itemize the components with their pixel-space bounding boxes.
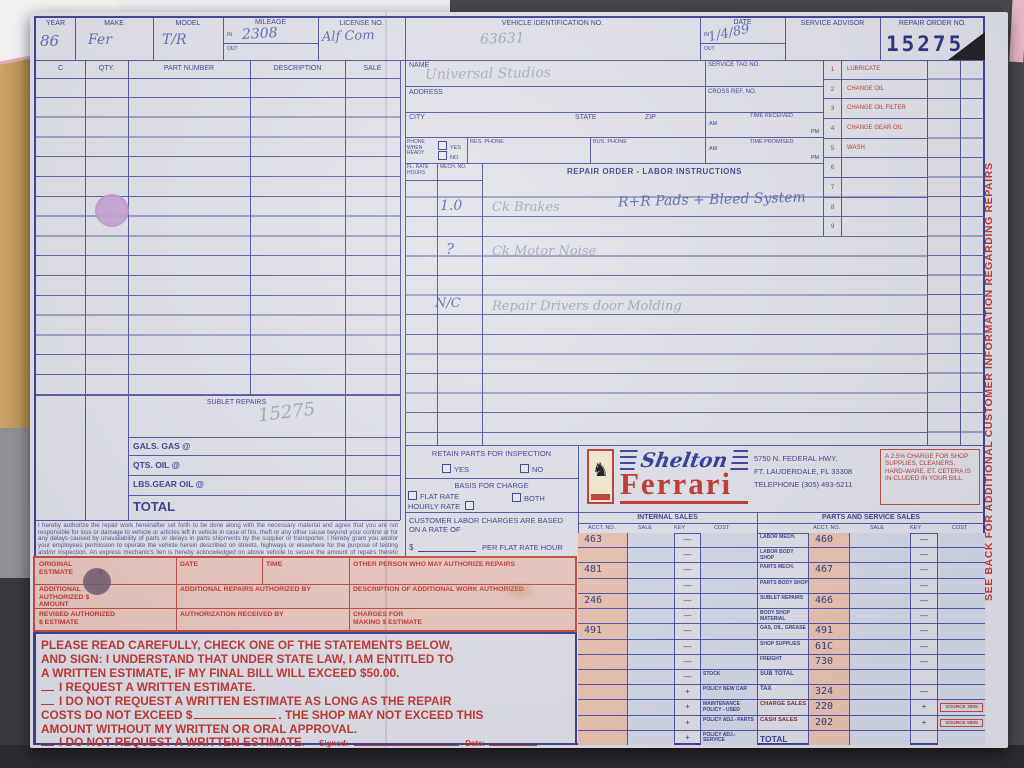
rule-line bbox=[578, 523, 985, 524]
rule-line bbox=[176, 558, 177, 630]
time-received-label: TIME RECEIVED bbox=[720, 113, 823, 119]
dealer-address-1: 5750 N. FEDERAL HWY. bbox=[754, 454, 837, 463]
table-row: 463— bbox=[578, 533, 757, 547]
parts-acct-header: ACCT. NO. bbox=[813, 525, 840, 531]
labor-rate-text: CUSTOMER LABOR CHARGES ARE BASED ON A RA… bbox=[409, 517, 569, 534]
per-flat-rate-hour-label: PER FLAT RATE HOUR bbox=[482, 543, 563, 552]
surcharge-notice: A 2.5% CHARGE FOR SHOP SUPPLIES, CLEANER… bbox=[880, 449, 980, 505]
rate-blank[interactable] bbox=[418, 551, 476, 552]
parts-ruled-rows bbox=[36, 78, 400, 395]
side-note-vertical-text: SEE BACK FOR ADDITIONAL CUSTOMER INFORMA… bbox=[983, 117, 1005, 647]
table-row: +POLICY ADJ.- SERVICE bbox=[578, 730, 757, 745]
am-label: AM bbox=[709, 146, 717, 152]
col-qty: QTY. bbox=[85, 65, 128, 72]
internal-sales-title: INTERNAL SALES bbox=[578, 514, 757, 521]
additional-by-label: ADDITIONAL REPAIRS AUTHORIZED BY bbox=[180, 586, 345, 594]
estimate-date-label: DATE bbox=[180, 561, 198, 569]
rule-line bbox=[128, 495, 400, 496]
statement-option-3: I DO NOT REQUEST A WRITTEN ESTIMATE.Sign… bbox=[41, 735, 537, 749]
repair-order-label: REPAIR ORDER NO. bbox=[880, 20, 985, 27]
statements-box: PLEASE READ CAREFULLY, CHECK ONE OF THE … bbox=[33, 632, 577, 745]
rule-line bbox=[36, 520, 400, 521]
bus-phone-label: BUS. PHONE bbox=[593, 139, 627, 145]
service-row: 1LUBRICATE bbox=[824, 60, 927, 79]
table-row: PARTS MECH.467— bbox=[758, 562, 985, 577]
check-blank[interactable] bbox=[41, 736, 54, 746]
rate-dollar-sign: $ bbox=[409, 543, 413, 552]
vin-value: 63631 bbox=[480, 30, 525, 48]
col-description: DESCRIPTION bbox=[250, 65, 345, 72]
internal-key-header: KEY bbox=[674, 525, 685, 531]
license-value: Alf Com bbox=[322, 28, 375, 45]
statement-option-2c: AMOUNT WITHOUT MY WRITTEN OR ORAL APPROV… bbox=[41, 722, 357, 736]
name-value: Universal Studios bbox=[425, 65, 551, 83]
gals-gas-label: GALS. GAS @ bbox=[133, 441, 190, 451]
table-row: GAS, OIL, GREASE491— bbox=[758, 623, 985, 638]
hourly-rate-checkbox[interactable] bbox=[465, 501, 474, 510]
city-label: CITY bbox=[409, 114, 425, 121]
rule-line bbox=[128, 475, 400, 476]
table-row: — bbox=[578, 578, 757, 593]
col-sale: SALE bbox=[345, 65, 400, 72]
source-box: SOURCE 5905 bbox=[940, 719, 983, 727]
table-row: +POLICY ADJ.- PARTS bbox=[578, 715, 757, 730]
table-row: FREIGHT730— bbox=[758, 654, 985, 669]
date-out-label: OUT bbox=[704, 46, 715, 52]
state-label: STATE bbox=[575, 114, 597, 121]
ferrari-badge-icon: ♞ bbox=[587, 449, 614, 504]
table-row: 491— bbox=[578, 623, 757, 638]
retain-no-option[interactable]: NO bbox=[520, 464, 543, 474]
flat-rate-hours-label: FL. RATE HOURS bbox=[407, 165, 435, 176]
labor-hours-3: N/C bbox=[435, 296, 461, 311]
rule-line bbox=[405, 512, 985, 513]
mileage-out-label: OUT bbox=[227, 46, 238, 52]
statement-line: AND SIGN: I UNDERSTAND THAT UNDER STATE … bbox=[41, 652, 454, 666]
statement-line: PLEASE READ CAREFULLY, CHECK ONE OF THE … bbox=[41, 638, 452, 652]
res-phone-label: RES. PHONE bbox=[470, 139, 504, 145]
table-row: LABOR BODY SHOP— bbox=[758, 547, 985, 562]
table-row: 481— bbox=[578, 562, 757, 577]
col-c: C bbox=[36, 65, 85, 72]
parts-service-sales-table: LABOR MECH.460— LABOR BODY SHOP— PARTS M… bbox=[758, 533, 985, 745]
statement-option-2: I DO NOT REQUEST A WRITTEN ESTIMATE AS L… bbox=[41, 694, 451, 708]
ferrari-underline bbox=[620, 501, 748, 504]
rule-line bbox=[405, 86, 823, 87]
year-label: YEAR bbox=[36, 20, 75, 27]
time-promised-label: TIME PROMISED bbox=[720, 139, 823, 145]
service-row: 2CHANGE OIL bbox=[824, 79, 927, 99]
table-row: — bbox=[578, 547, 757, 562]
table-row: — bbox=[578, 639, 757, 654]
table-row: SUB TOTAL bbox=[758, 669, 985, 684]
model-label: MODEL bbox=[153, 20, 223, 27]
parts-sale-header: SALE bbox=[870, 525, 884, 531]
authorization-received-label: AUTHORIZATION RECEIVED BY bbox=[180, 611, 345, 619]
table-row: SUBLET REPAIRS466— bbox=[758, 593, 985, 608]
table-row: +MAINTENANCE POLICY - USED bbox=[578, 699, 757, 714]
phone-yes-option[interactable]: YES bbox=[438, 141, 461, 151]
date-label: Date: bbox=[465, 739, 485, 748]
rule-line bbox=[128, 455, 400, 456]
photo-scene: YEAR MAKE MODEL MILEAGE IN OUT LICENSE N… bbox=[0, 0, 1024, 768]
yes-checkbox[interactable] bbox=[442, 464, 451, 473]
labor-pencil-2: Ck Motor Noise bbox=[492, 244, 596, 259]
rule-line bbox=[405, 478, 578, 479]
source-box: SOURCE 3905 bbox=[940, 703, 983, 711]
table-row: SHOP SUPPLIES61C— bbox=[758, 639, 985, 654]
rule-line bbox=[590, 137, 591, 163]
internal-sale-header: SALE bbox=[638, 525, 652, 531]
address-label: ADDRESS bbox=[409, 89, 443, 96]
internal-sales-table: 463— — 481— — 246— — 491— — — —STOCK +PO… bbox=[578, 533, 757, 745]
ferrari-wordmark: Ferrari bbox=[620, 468, 732, 500]
flat-rate-checkbox[interactable] bbox=[408, 491, 417, 500]
qts-oil-label: QTS. OIL @ bbox=[133, 460, 180, 470]
amount-blank[interactable] bbox=[194, 709, 276, 719]
both-checkbox[interactable] bbox=[512, 493, 521, 502]
prancing-horse-glyph: ♞ bbox=[592, 460, 609, 481]
mech-no-label: MECH. NO. bbox=[440, 165, 478, 171]
dark-desk-lower-left bbox=[0, 578, 30, 768]
year-value: 86 bbox=[40, 32, 59, 50]
both-option[interactable]: BOTH bbox=[512, 493, 545, 503]
parts-key-header: KEY bbox=[910, 525, 921, 531]
retain-yes-option[interactable]: YES bbox=[442, 464, 469, 474]
hole-punch bbox=[95, 194, 129, 227]
service-row: 4CHANGE GEAR OIL bbox=[824, 118, 927, 138]
rule-line bbox=[400, 60, 401, 520]
revised-estimate-label: REVISED AUTHORIZED $ ESTIMATE bbox=[39, 611, 119, 626]
service-tag-label: SERVICE TAG NO. bbox=[708, 62, 760, 68]
internal-acct-header: ACCT. NO. bbox=[588, 525, 615, 531]
basis-for-charge-title: BASIS FOR CHARGE bbox=[405, 481, 578, 490]
signed-label: Signed: bbox=[319, 739, 348, 748]
statement-line: A WRITTEN ESTIMATE, IF MY FINAL BILL WIL… bbox=[41, 666, 399, 680]
labor-instructions-title: REPAIR ORDER - LABOR INSTRUCTIONS bbox=[482, 167, 827, 176]
charges-making-label: CHARGES FOR MAKING $ ESTIMATE bbox=[353, 611, 428, 626]
table-row: TAX324— bbox=[758, 684, 985, 699]
check-blank[interactable] bbox=[41, 681, 54, 691]
col-part-number: PART NUMBER bbox=[128, 65, 250, 72]
labor-hours-2: ? bbox=[446, 240, 454, 258]
table-row: — bbox=[578, 608, 757, 623]
statement-option-2b: COSTS DO NOT EXCEED $. THE SHOP MAY NOT … bbox=[41, 708, 483, 722]
rule-line bbox=[349, 558, 350, 630]
hole-punch bbox=[83, 568, 111, 595]
service-row: 6 bbox=[824, 157, 927, 177]
estimate-box: ORIGINAL ESTIMATE $ DATE TIME OTHER PERS… bbox=[33, 556, 577, 632]
pink-copy-sliver bbox=[1009, 0, 1024, 62]
vin-label: VEHICLE IDENTIFICATION NO. bbox=[405, 20, 700, 27]
stain bbox=[505, 582, 535, 600]
retain-parts-title: RETAIN PARTS FOR INSPECTION bbox=[405, 449, 578, 458]
table-row: —STOCK bbox=[578, 669, 757, 684]
statement-option-1: I REQUEST A WRITTEN ESTIMATE. bbox=[41, 680, 256, 694]
table-row: LABOR MECH.460— bbox=[758, 533, 985, 547]
license-label: LICENSE NO. bbox=[318, 20, 405, 27]
yes-checkbox[interactable] bbox=[438, 141, 447, 150]
table-row: CASH SALES202+SOURCE 5905 bbox=[758, 715, 985, 730]
parts-cost-header: COST bbox=[952, 525, 967, 531]
dealer-address-2: FT. LAUDERDALE, FL 33308 bbox=[754, 467, 852, 476]
labor-pencil-3: Repair Drivers door Molding bbox=[492, 299, 682, 314]
flat-rate-option[interactable]: FLAT RATE bbox=[408, 491, 459, 501]
rule-line bbox=[405, 445, 985, 446]
labor-pencil-1: Ck Brakes bbox=[492, 200, 560, 215]
rule-line bbox=[128, 437, 400, 438]
dealer-address-3: TELEPHONE (305) 493-5211 bbox=[754, 480, 852, 489]
repair-order-form: YEAR MAKE MODEL MILEAGE IN OUT LICENSE N… bbox=[30, 12, 1008, 748]
table-row: 246— bbox=[578, 593, 757, 608]
internal-cost-header: COST bbox=[714, 525, 729, 531]
phone-no-option[interactable]: NO bbox=[438, 151, 458, 161]
no-checkbox[interactable] bbox=[438, 151, 447, 160]
table-row: PARTS BODY SHOP— bbox=[758, 578, 985, 593]
cross-ref-label: CROSS REF. NO. bbox=[708, 89, 756, 95]
amount-columns-rules bbox=[927, 60, 985, 445]
hourly-rate-option[interactable]: HOURLY RATE bbox=[408, 501, 477, 511]
mileage-in-value: 2308 bbox=[242, 25, 278, 43]
rule-line bbox=[467, 137, 468, 163]
rule-line bbox=[223, 43, 318, 44]
table-row: — bbox=[578, 654, 757, 669]
service-row: 5WASH bbox=[824, 138, 927, 158]
table-row: TOTAL bbox=[758, 730, 985, 745]
table-row: BODY SHOP MATERIAL— bbox=[758, 608, 985, 623]
service-row: 3CHANGE OIL FILTER bbox=[824, 98, 927, 118]
make-label: MAKE bbox=[75, 20, 153, 27]
phone-when-ready-label: PHONE WHEN READY bbox=[407, 140, 435, 157]
repair-order-number: 15275 bbox=[886, 32, 964, 56]
table-row: +POLICY NEW CAR bbox=[578, 684, 757, 699]
am-label: AM bbox=[709, 121, 717, 127]
estimate-time-label: TIME bbox=[266, 561, 282, 569]
service-advisor-label: SERVICE ADVISOR bbox=[785, 20, 880, 27]
total-label: TOTAL bbox=[133, 499, 175, 514]
date-blank[interactable] bbox=[489, 736, 537, 746]
parts-service-sales-title: PARTS AND SERVICE SALES bbox=[757, 514, 985, 521]
rule-line bbox=[405, 163, 823, 164]
rule-line bbox=[262, 558, 263, 584]
pm-label: PM bbox=[811, 129, 819, 135]
zip-label: ZIP bbox=[645, 114, 656, 121]
pm-label: PM bbox=[811, 155, 819, 161]
rule-line bbox=[36, 395, 400, 396]
lbs-gear-oil-label: LBS.GEAR OIL @ bbox=[133, 479, 204, 489]
signed-blank[interactable] bbox=[354, 736, 459, 746]
table-row: CHARGE SALES220+SOURCE 3905 bbox=[758, 699, 985, 714]
model-value: T/R bbox=[162, 32, 187, 48]
gray-object bbox=[0, 428, 30, 580]
check-blank[interactable] bbox=[41, 695, 54, 705]
no-checkbox[interactable] bbox=[520, 464, 529, 473]
make-value: Fer bbox=[88, 32, 112, 48]
labor-hours-1: 1.0 bbox=[440, 198, 462, 214]
paper-fold-crease bbox=[385, 12, 387, 748]
mileage-in-label: IN bbox=[227, 32, 232, 38]
rule-line bbox=[35, 584, 575, 585]
